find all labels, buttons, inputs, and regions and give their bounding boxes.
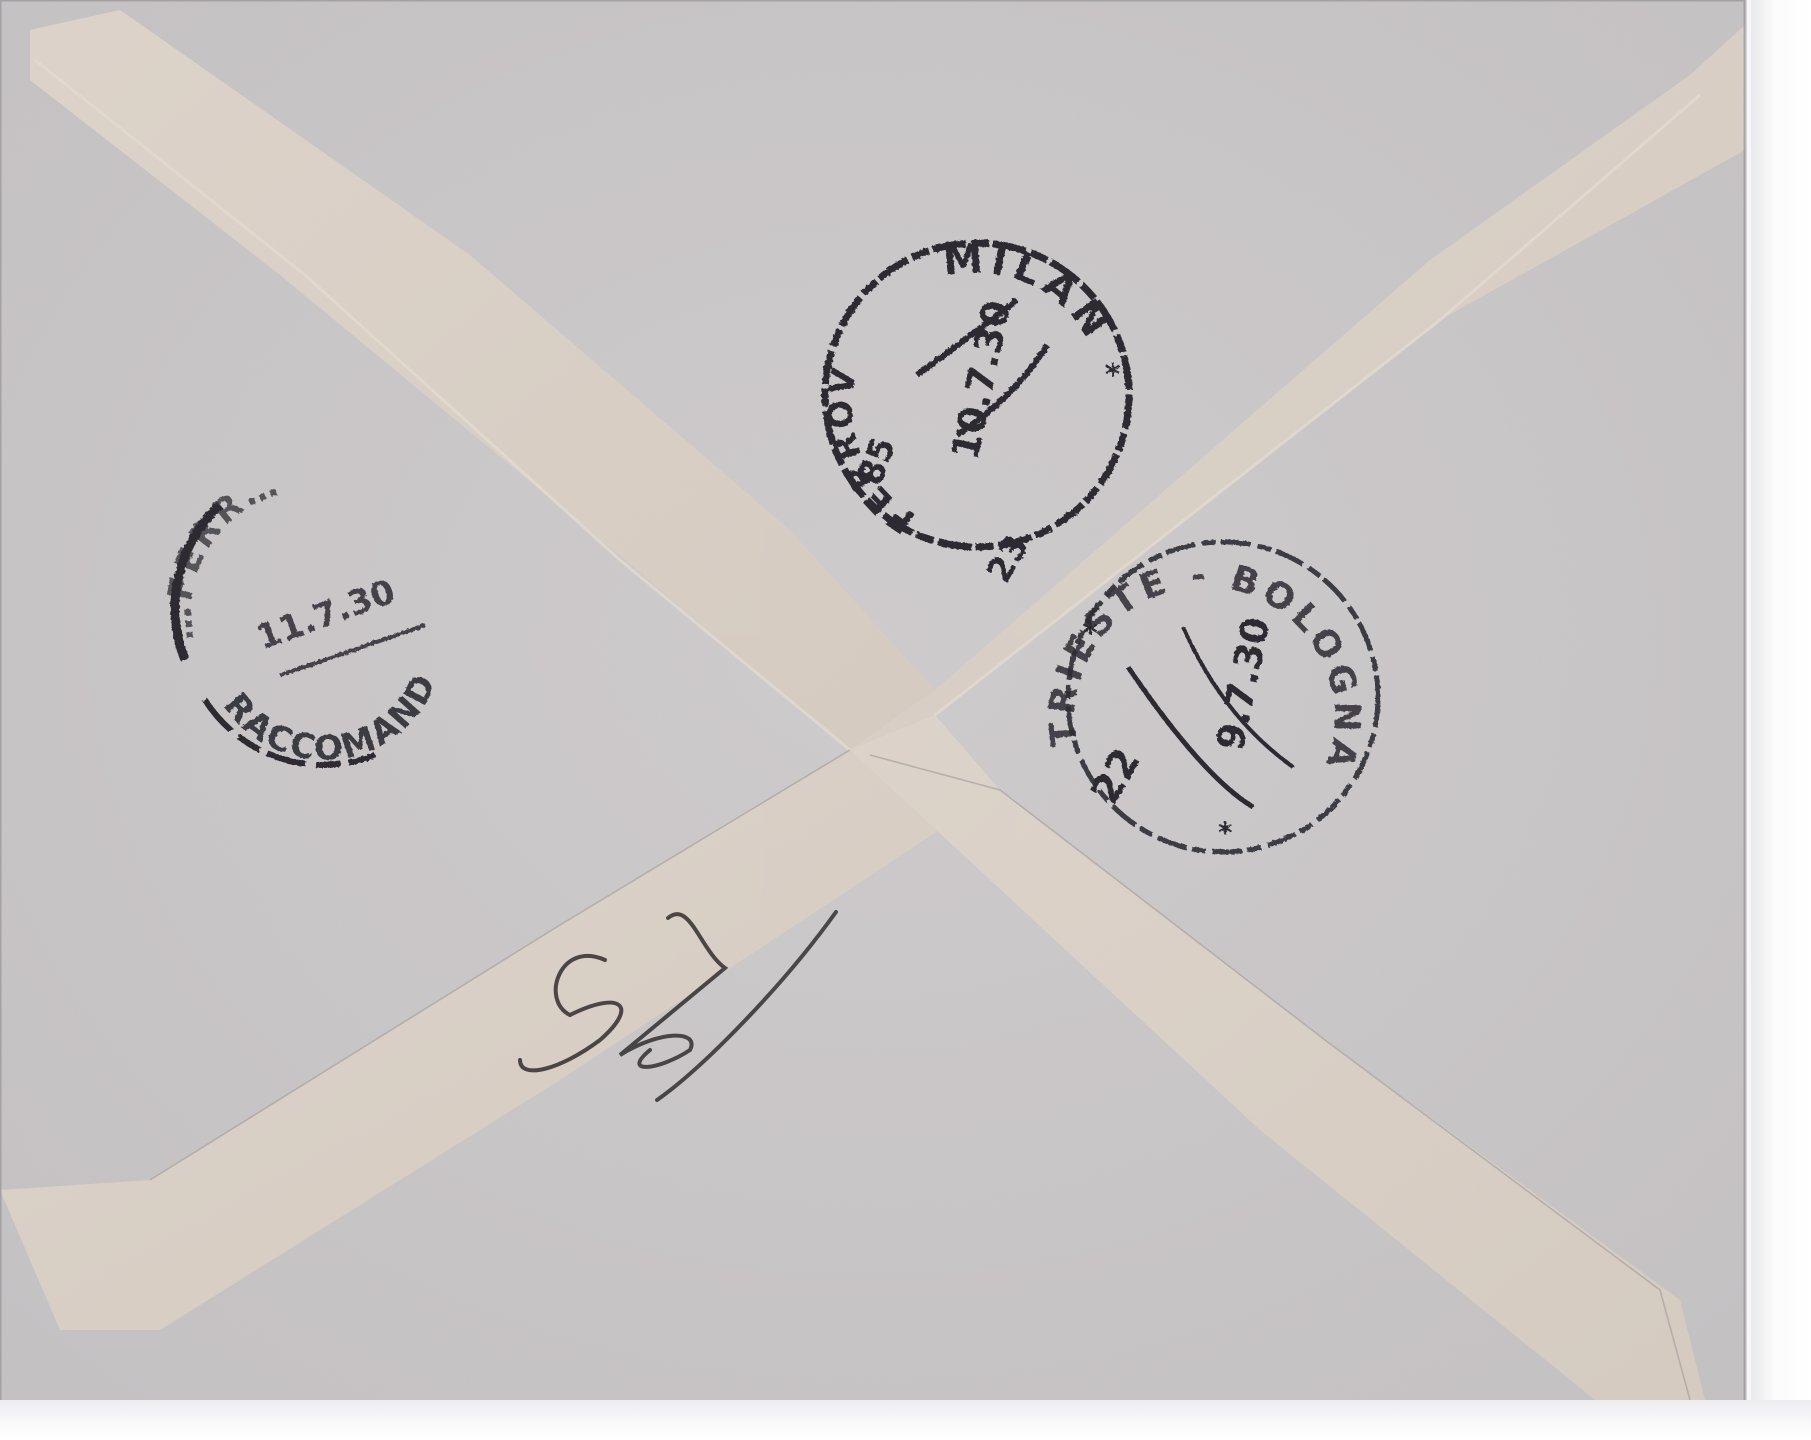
postmark-milano-star: * [1105,358,1121,393]
envelope-back: MILANO FERROVIA 10.7.30 23 85 * TRIESTE … [0,0,1811,1440]
envelope-scan: MILANO FERROVIA 10.7.30 23 85 * TRIESTE … [0,0,1811,1440]
postmark-trieste-star-bottom: * [1218,816,1233,849]
scanner-margin-right [1751,0,1811,1440]
scanner-margin-bottom [0,1400,1811,1440]
postmark-trieste-star-left: * [1083,616,1098,649]
